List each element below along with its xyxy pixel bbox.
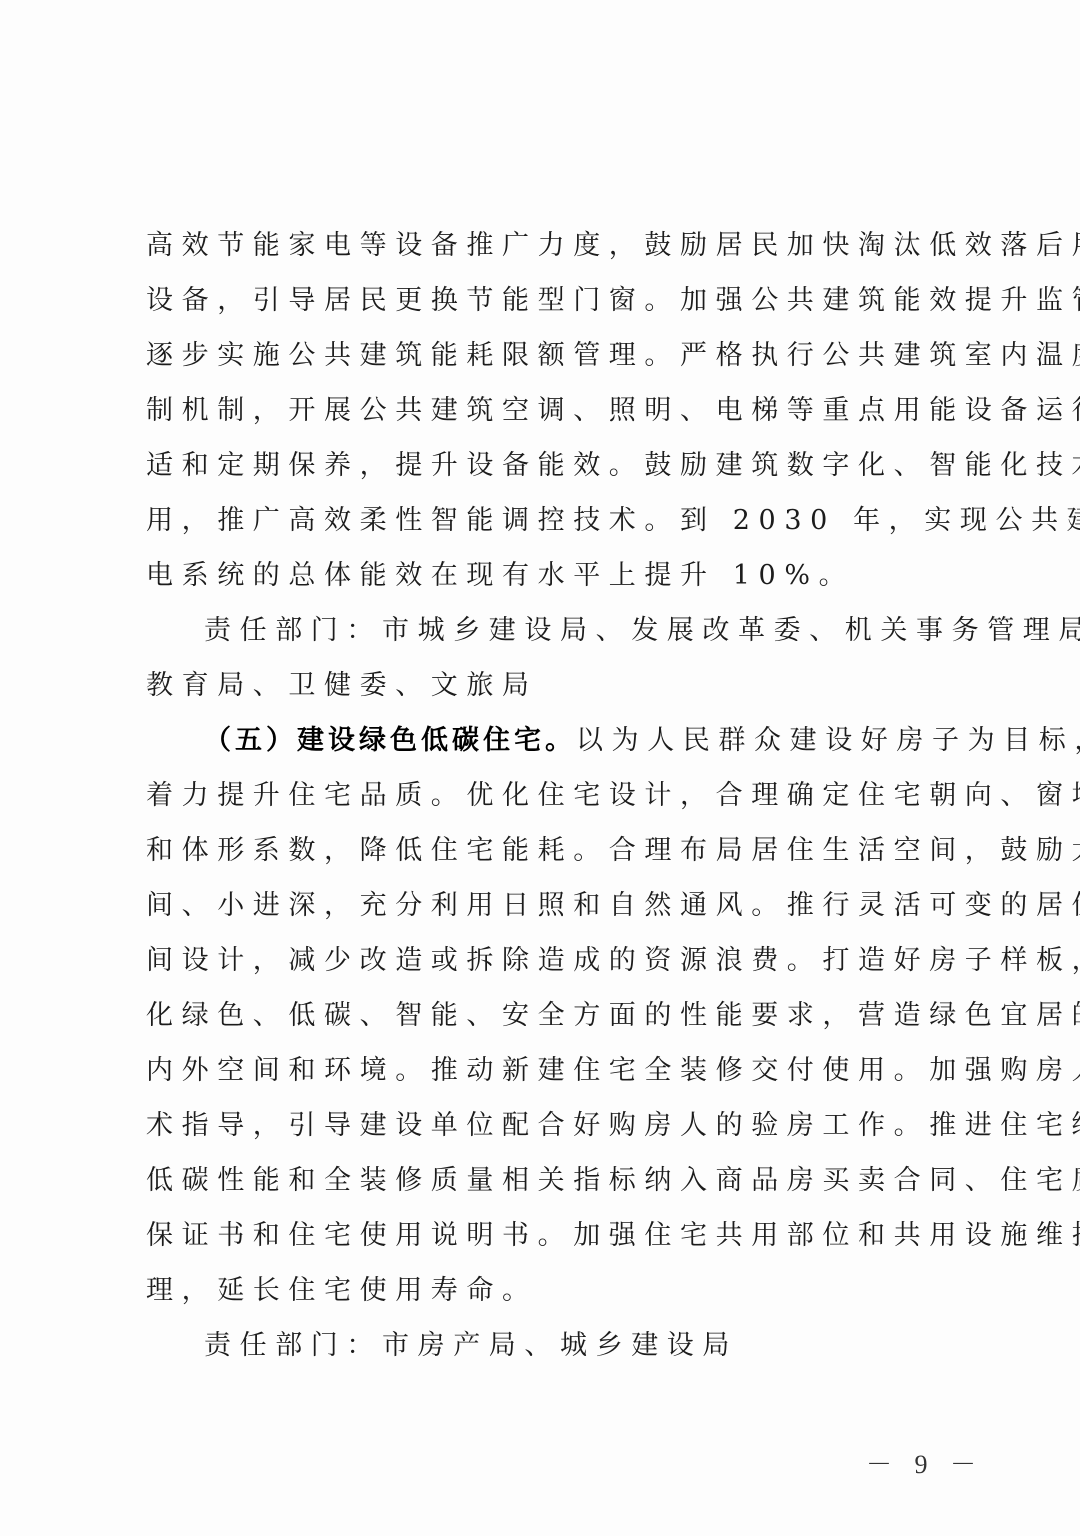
paragraph-line: 和体形系数，降低住宅能耗。合理布局居住生活空间，鼓励大开	[146, 823, 946, 878]
paragraph-line: 逐步实施公共建筑能耗限额管理。严格执行公共建筑室内温度控	[146, 328, 946, 383]
paragraph-line: 制机制，开展公共建筑空调、照明、电梯等重点用能设备运行调	[146, 383, 946, 438]
paragraph-line: 设备，引导居民更换节能型门窗。加强公共建筑能效提升监管，	[146, 273, 946, 328]
paragraph-line: 用，推广高效柔性智能调控技术。到 2030 年，实现公共建筑机	[146, 493, 946, 548]
paragraph-line: 低碳性能和全装修质量相关指标纳入商品房买卖合同、住宅质量	[146, 1153, 946, 1208]
paragraph-line: 电系统的总体能效在现有水平上提升 10%。	[146, 548, 946, 603]
paragraph-line: 高效节能家电等设备推广力度，鼓励居民加快淘汰低效落后用能	[146, 218, 946, 273]
responsible-departments-line: 教育局、卫健委、文旅局	[146, 658, 946, 713]
section-heading: （五）建设绿色低碳住宅。	[204, 725, 576, 756]
section-first-line-text: 以为人民群众建设好房子为目标，	[576, 725, 1080, 756]
paragraph-line: 着力提升住宅品质。优化住宅设计，合理确定住宅朝向、窗墙比	[146, 768, 946, 823]
paragraph-line: 化绿色、低碳、智能、安全方面的性能要求，营造绿色宜居的室	[146, 988, 946, 1043]
responsible-departments-line: 责任部门：市城乡建设局、发展改革委、机关事务管理局、	[146, 603, 946, 658]
paragraph-line: 适和定期保养，提升设备能效。鼓励建筑数字化、智能化技术应	[146, 438, 946, 493]
paragraph-line: 间设计，减少改造或拆除造成的资源浪费。打造好房子样板，强	[146, 933, 946, 988]
paragraph-line: 保证书和住宅使用说明书。加强住宅共用部位和共用设施维护管	[146, 1208, 946, 1263]
paragraph-line: 间、小进深，充分利用日照和自然通风。推行灵活可变的居住空	[146, 878, 946, 933]
section-heading-line: （五）建设绿色低碳住宅。以为人民群众建设好房子为目标，	[146, 713, 946, 768]
document-page: 高效节能家电等设备推广力度，鼓励居民加快淘汰低效落后用能 设备，引导居民更换节能…	[0, 0, 1080, 1536]
responsible-departments-line: 责任部门：市房产局、城乡建设局	[146, 1318, 946, 1373]
body-text: 高效节能家电等设备推广力度，鼓励居民加快淘汰低效落后用能 设备，引导居民更换节能…	[146, 218, 946, 1373]
paragraph-line: 术指导，引导建设单位配合好购房人的验房工作。推进住宅绿色	[146, 1098, 946, 1153]
paragraph-line: 内外空间和环境。推动新建住宅全装修交付使用。加强购房人技	[146, 1043, 946, 1098]
paragraph-line: 理，延长住宅使用寿命。	[146, 1263, 946, 1318]
page-number: － 9 －	[866, 1444, 984, 1481]
